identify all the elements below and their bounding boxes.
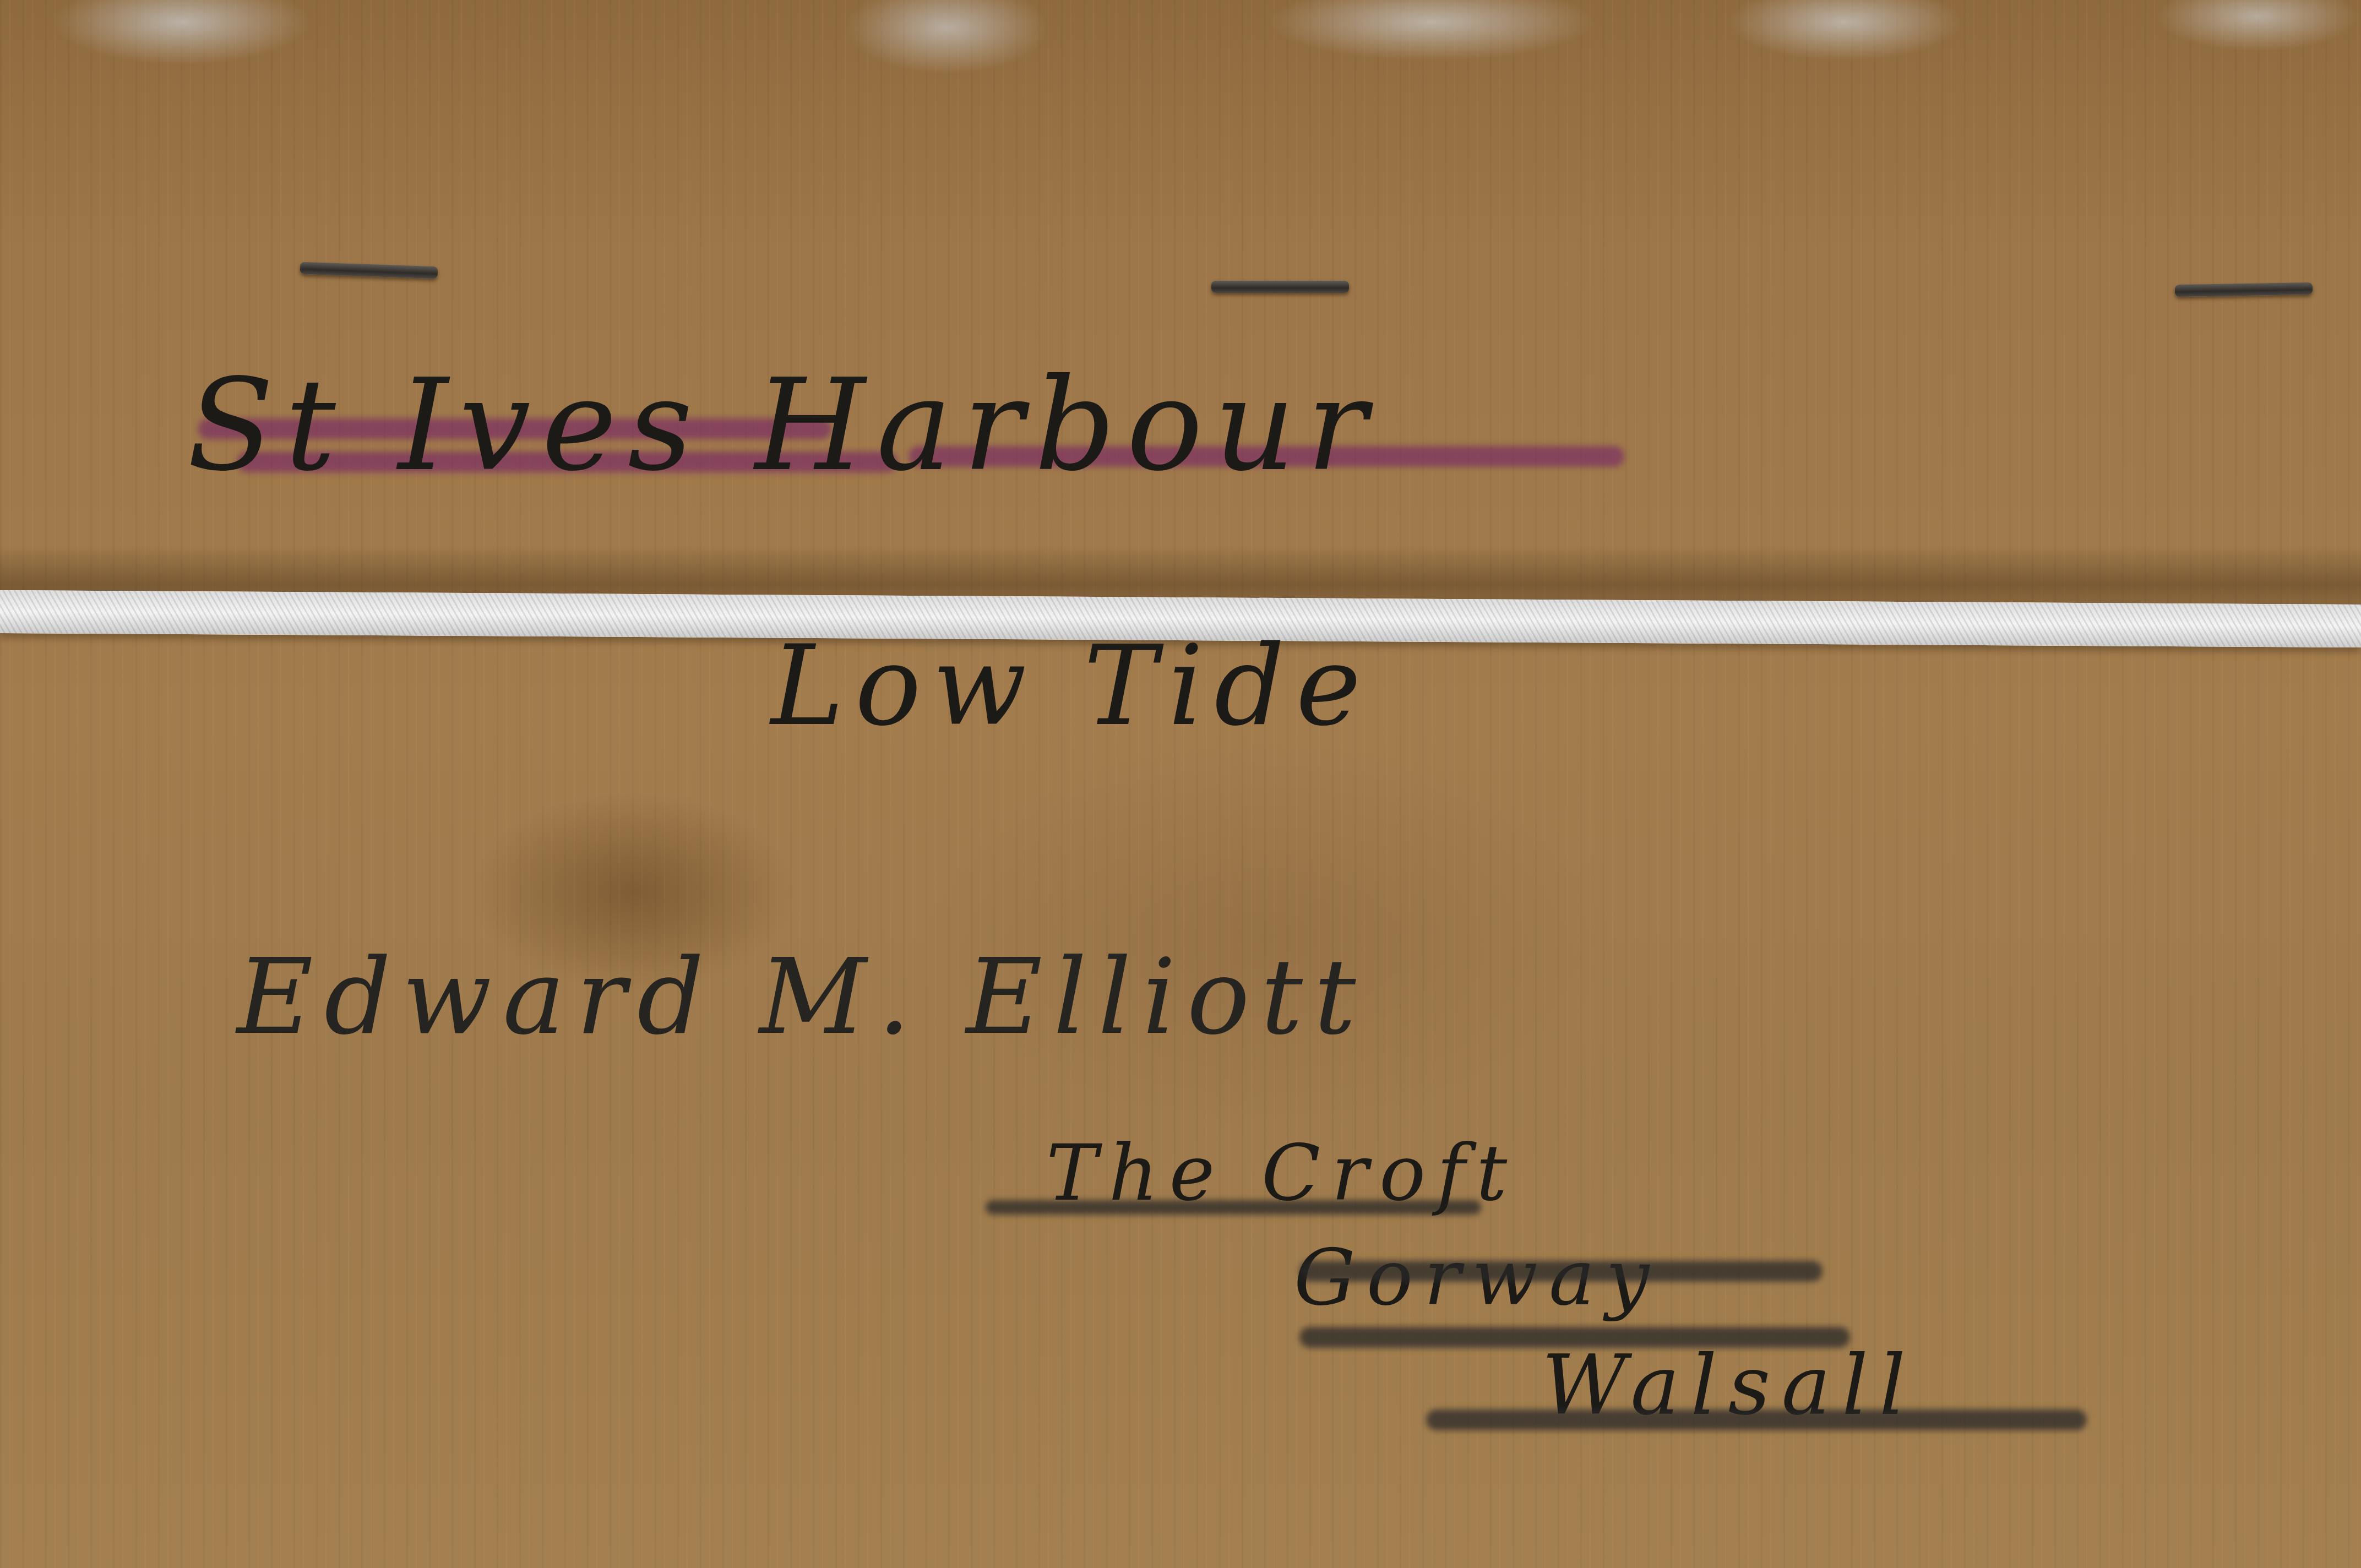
inscription-title: St Ives Harbour bbox=[187, 352, 1378, 499]
staple-right bbox=[2175, 282, 2313, 297]
inscription-address-1: The Croft bbox=[1046, 1129, 1518, 1218]
gesso-residue bbox=[0, 0, 2361, 83]
staple-center bbox=[1211, 281, 1349, 293]
inscription-artist: Edward M. Elliott bbox=[237, 936, 1367, 1058]
address-strike-2a bbox=[1299, 1261, 1823, 1282]
inscription-subtitle: Low Tide bbox=[771, 622, 1372, 750]
wood-grain-texture bbox=[0, 0, 2361, 1568]
address-strike-3 bbox=[1426, 1409, 2087, 1430]
